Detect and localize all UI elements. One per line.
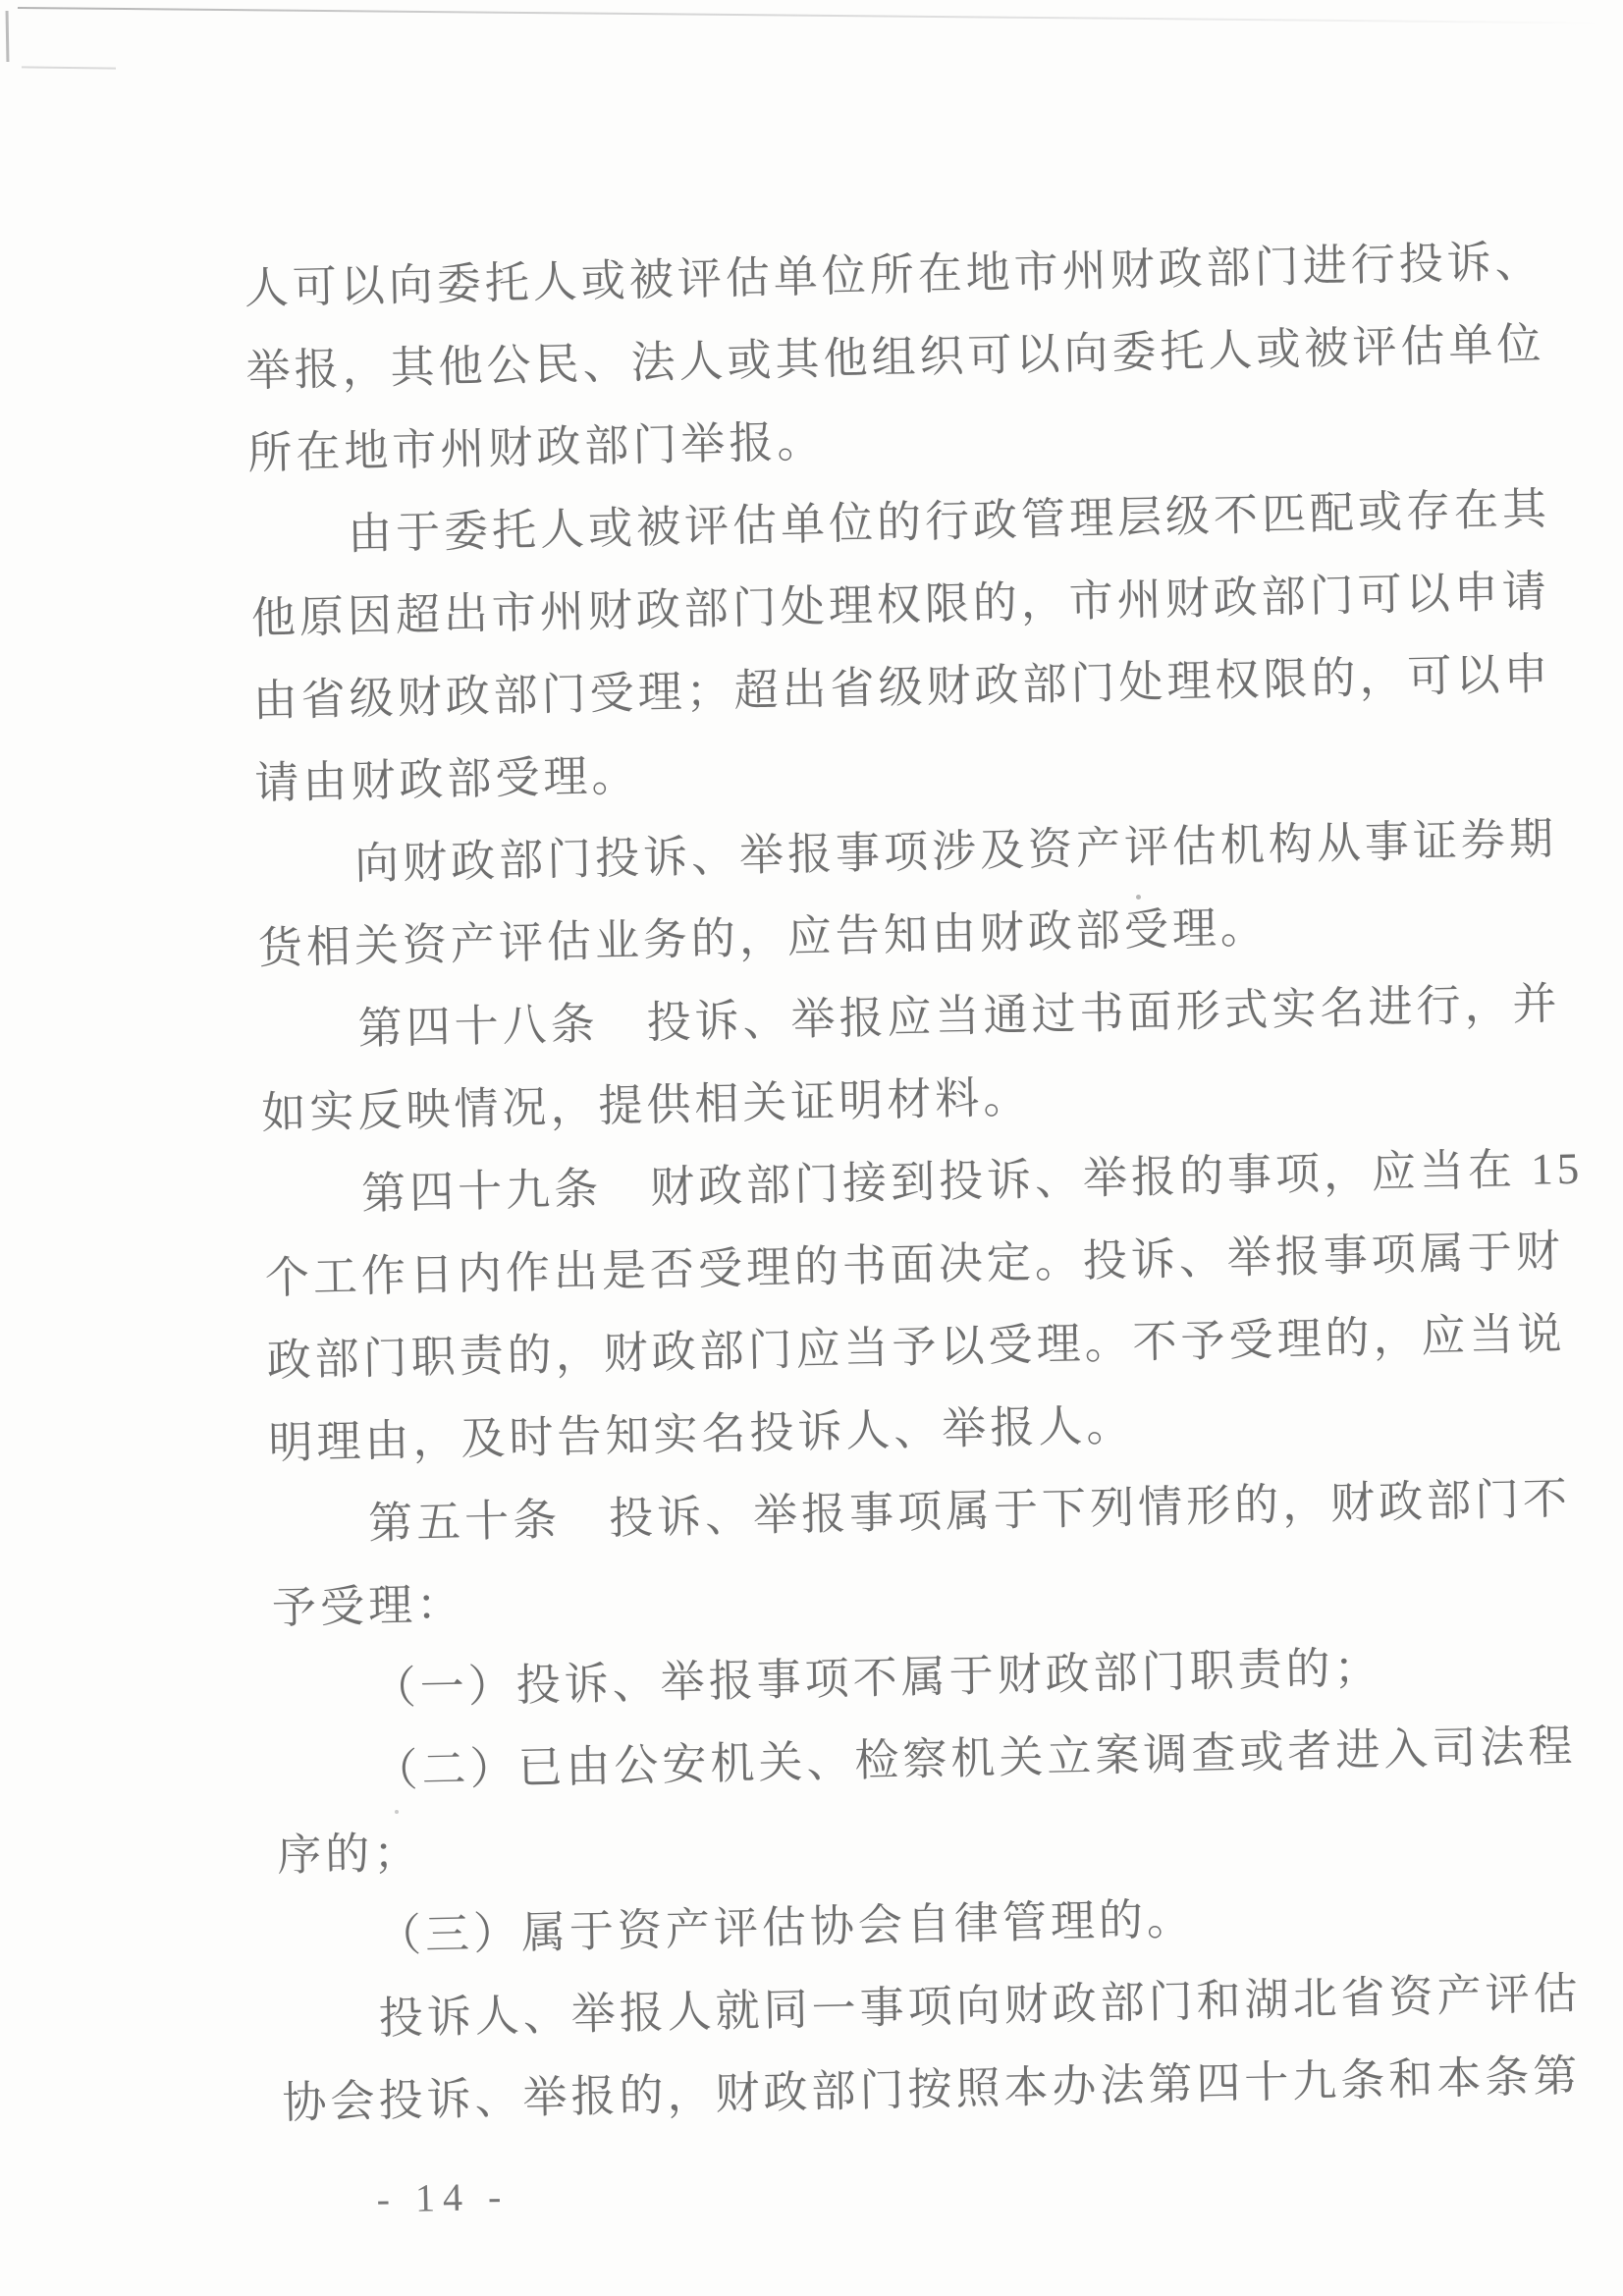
scan-edge-left-line	[6, 11, 10, 62]
page-number: - 14 -	[376, 2173, 510, 2222]
scan-smudge	[22, 66, 116, 69]
scan-edge-top-line	[18, 7, 1603, 25]
scanned-document-page: 人可以向委托人或被评估单位所在地市州财政部门进行投诉、 举报，其他公民、法人或其…	[0, 0, 1623, 2296]
document-text-block: 人可以向委托人或被评估单位所在地市州财政部门进行投诉、 举报，其他公民、法人或其…	[243, 220, 1591, 2223]
